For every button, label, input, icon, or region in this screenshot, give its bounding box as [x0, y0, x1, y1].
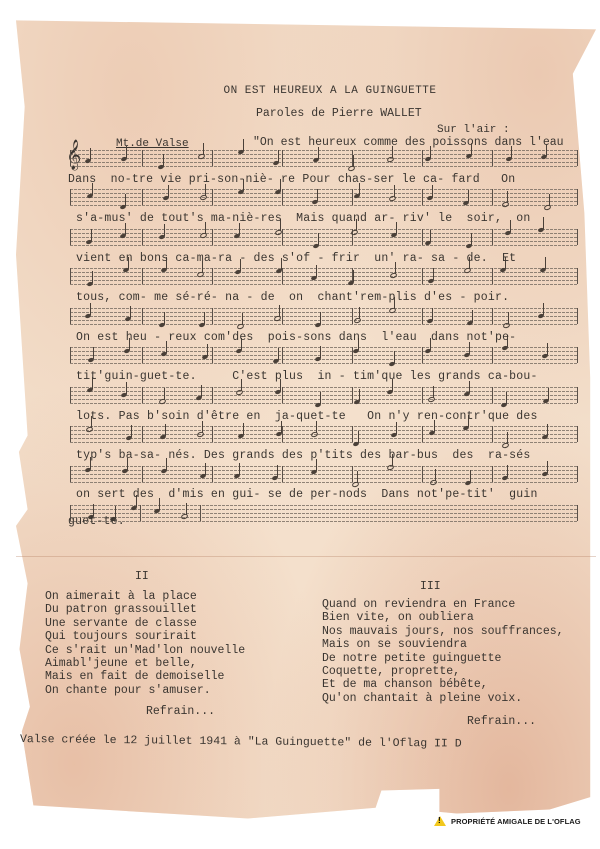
lyric-line: lots. Pas b'soin d'être en ja-quet-te On…: [76, 410, 538, 423]
verse-text: Quand on reviendra en France Bien vite, …: [322, 598, 564, 705]
refrain-label: Refrain...: [467, 715, 536, 728]
paper-fold-line: [16, 556, 596, 557]
tune-name: "On est heureux comme des poissons dans …: [253, 136, 564, 149]
lyric-line: On est heu - reux com'des pois-sons dans…: [76, 331, 516, 344]
ownership-watermark: PROPRIÉTÉ AMIGALE DE L'OFLAG: [434, 816, 581, 826]
music-staff: [70, 229, 578, 245]
lyric-line: tous, com- me sé-ré- na - de on chant're…: [76, 291, 509, 304]
warning-icon: [434, 816, 446, 826]
music-staff: [70, 387, 578, 403]
tune-label: Sur l'air :: [437, 124, 510, 136]
lyric-line: typ's ba-sa- nés. Des grands des p'tits …: [76, 449, 530, 462]
music-staff: [70, 308, 578, 324]
music-staff: [70, 268, 578, 284]
music-staff: [70, 347, 578, 363]
refrain-label: Refrain...: [146, 705, 215, 718]
verse-number: III: [420, 580, 441, 593]
music-staff: [70, 426, 578, 442]
lyric-line: vient en bons ca-ma-ra - des s'of - frir…: [76, 252, 516, 265]
verse-text: On aimerait à la place Du patron grassou…: [45, 590, 245, 697]
verse-number: II: [135, 570, 149, 583]
lyric-line: Dans no-tre vie pri-son-niè- re Pour cha…: [68, 173, 515, 186]
song-title: ON EST HEUREUX A LA GUINGUETTE: [0, 85, 600, 97]
music-staff: [70, 150, 578, 166]
music-staff: [70, 505, 578, 521]
lyric-line: on sert des d'mis en gui- se de per-nods…: [76, 488, 538, 501]
watermark-text: PROPRIÉTÉ AMIGALE DE L'OFLAG: [451, 817, 581, 826]
music-staff: [70, 466, 578, 482]
lyric-line: s'a-mus' de tout's ma-niè-res Mais quand…: [76, 212, 530, 225]
music-staff: [70, 189, 578, 205]
lyric-line: tit'guin-guet-te. C'est plus in - tim'qu…: [76, 370, 538, 383]
lyric-line: guet-te.: [68, 515, 125, 528]
lyricist-credit: Paroles de Pierre WALLET: [256, 107, 422, 120]
